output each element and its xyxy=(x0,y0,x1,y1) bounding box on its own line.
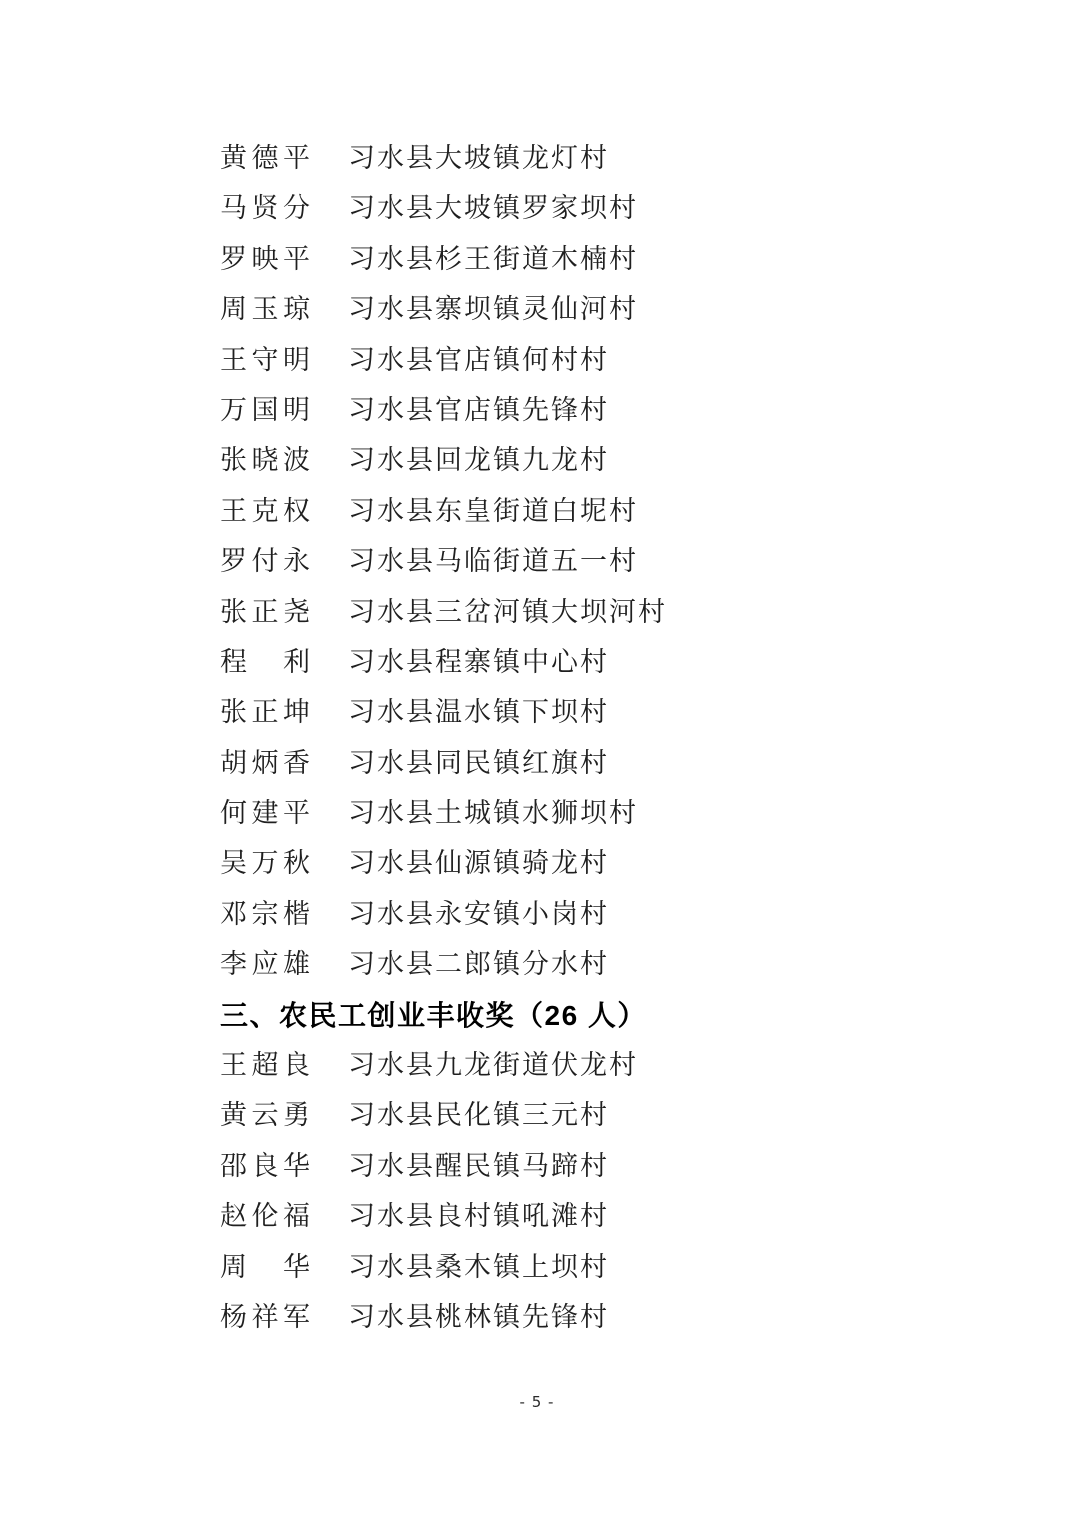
entry-address: 习水县永安镇小岗村 xyxy=(348,890,609,940)
list-item: 王超良习水县九龙街道伏龙村 xyxy=(220,1041,1014,1091)
entry-address: 习水县桑木镇上坝村 xyxy=(348,1243,609,1293)
section-heading: 三、农民工创业丰收奖（26 人） xyxy=(220,991,1014,1041)
list-item: 万国明习水县官店镇先锋村 xyxy=(220,386,1014,436)
entry-address: 习水县醒民镇马蹄村 xyxy=(348,1142,609,1192)
entry-name: 程 利 xyxy=(220,638,310,688)
entry-name: 马贤分 xyxy=(220,184,310,234)
entry-name: 黄德平 xyxy=(220,134,310,184)
list-item: 张正坤习水县温水镇下坝村 xyxy=(220,688,1014,738)
list-item: 王克权习水县东皇街道白坭村 xyxy=(220,487,1014,537)
entry-name: 邓宗楷 xyxy=(220,890,310,940)
list-item: 张晓波习水县回龙镇九龙村 xyxy=(220,436,1014,486)
entry-name: 杨祥军 xyxy=(220,1293,310,1343)
entry-name: 赵伦福 xyxy=(220,1192,310,1242)
list-item: 程 利习水县程寨镇中心村 xyxy=(220,638,1014,688)
entry-name: 万国明 xyxy=(220,386,310,436)
entry-name: 黄云勇 xyxy=(220,1091,310,1141)
award-list: 黄德平习水县大坡镇龙灯村 马贤分习水县大坡镇罗家坝村 罗映平习水县杉王街道木楠村… xyxy=(220,134,1014,1343)
entry-name: 王守明 xyxy=(220,336,310,386)
entry-address: 习水县温水镇下坝村 xyxy=(348,688,609,738)
list-item: 罗映平习水县杉王街道木楠村 xyxy=(220,235,1014,285)
entry-address: 习水县桃林镇先锋村 xyxy=(348,1293,609,1343)
entry-address: 习水县大坡镇龙灯村 xyxy=(348,134,609,184)
list-item: 周玉琼习水县寨坝镇灵仙河村 xyxy=(220,285,1014,335)
list-item: 张正尧习水县三岔河镇大坝河村 xyxy=(220,588,1014,638)
entry-address: 习水县马临街道五一村 xyxy=(348,537,638,587)
entry-address: 习水县土城镇水狮坝村 xyxy=(348,789,638,839)
document-page: 黄德平习水县大坡镇龙灯村 马贤分习水县大坡镇罗家坝村 罗映平习水县杉王街道木楠村… xyxy=(0,0,1074,1520)
entry-address: 习水县东皇街道白坭村 xyxy=(348,487,638,537)
entry-name: 王克权 xyxy=(220,487,310,537)
list-item: 黄云勇习水县民化镇三元村 xyxy=(220,1091,1014,1141)
entry-address: 习水县良村镇吼滩村 xyxy=(348,1192,609,1242)
list-item: 邵良华习水县醒民镇马蹄村 xyxy=(220,1142,1014,1192)
entry-name: 邵良华 xyxy=(220,1142,310,1192)
entry-name: 王超良 xyxy=(220,1041,310,1091)
entry-name: 何建平 xyxy=(220,789,310,839)
entry-address: 习水县三岔河镇大坝河村 xyxy=(348,588,667,638)
list-item: 邓宗楷习水县永安镇小岗村 xyxy=(220,890,1014,940)
list-item: 罗付永习水县马临街道五一村 xyxy=(220,537,1014,587)
entry-name: 张正坤 xyxy=(220,688,310,738)
list-item: 吴万秋习水县仙源镇骑龙村 xyxy=(220,839,1014,889)
entry-address: 习水县程寨镇中心村 xyxy=(348,638,609,688)
entry-address: 习水县官店镇何村村 xyxy=(348,336,609,386)
entry-address: 习水县仙源镇骑龙村 xyxy=(348,839,609,889)
entry-name: 吴万秋 xyxy=(220,839,310,889)
entry-name: 李应雄 xyxy=(220,940,310,990)
entry-address: 习水县寨坝镇灵仙河村 xyxy=(348,285,638,335)
entry-name: 周玉琼 xyxy=(220,285,310,335)
entry-address: 习水县二郎镇分水村 xyxy=(348,940,609,990)
entry-address: 习水县同民镇红旗村 xyxy=(348,739,609,789)
entry-name: 周 华 xyxy=(220,1243,310,1293)
list-item: 王守明习水县官店镇何村村 xyxy=(220,336,1014,386)
entry-name: 胡炳香 xyxy=(220,739,310,789)
page-number: - 5 - xyxy=(0,1393,1074,1411)
list-item: 赵伦福习水县良村镇吼滩村 xyxy=(220,1192,1014,1242)
list-item: 周 华习水县桑木镇上坝村 xyxy=(220,1243,1014,1293)
list-item: 黄德平习水县大坡镇龙灯村 xyxy=(220,134,1014,184)
entry-name: 张晓波 xyxy=(220,436,310,486)
list-item: 马贤分习水县大坡镇罗家坝村 xyxy=(220,184,1014,234)
entry-address: 习水县大坡镇罗家坝村 xyxy=(348,184,638,234)
entry-address: 习水县官店镇先锋村 xyxy=(348,386,609,436)
list-item: 何建平习水县土城镇水狮坝村 xyxy=(220,789,1014,839)
list-item: 杨祥军习水县桃林镇先锋村 xyxy=(220,1293,1014,1343)
list-item: 胡炳香习水县同民镇红旗村 xyxy=(220,739,1014,789)
entry-address: 习水县九龙街道伏龙村 xyxy=(348,1041,638,1091)
entry-name: 张正尧 xyxy=(220,588,310,638)
entry-address: 习水县民化镇三元村 xyxy=(348,1091,609,1141)
list-item: 李应雄习水县二郎镇分水村 xyxy=(220,940,1014,990)
entry-name: 罗付永 xyxy=(220,537,310,587)
entry-name: 罗映平 xyxy=(220,235,310,285)
entry-address: 习水县回龙镇九龙村 xyxy=(348,436,609,486)
entry-address: 习水县杉王街道木楠村 xyxy=(348,235,638,285)
